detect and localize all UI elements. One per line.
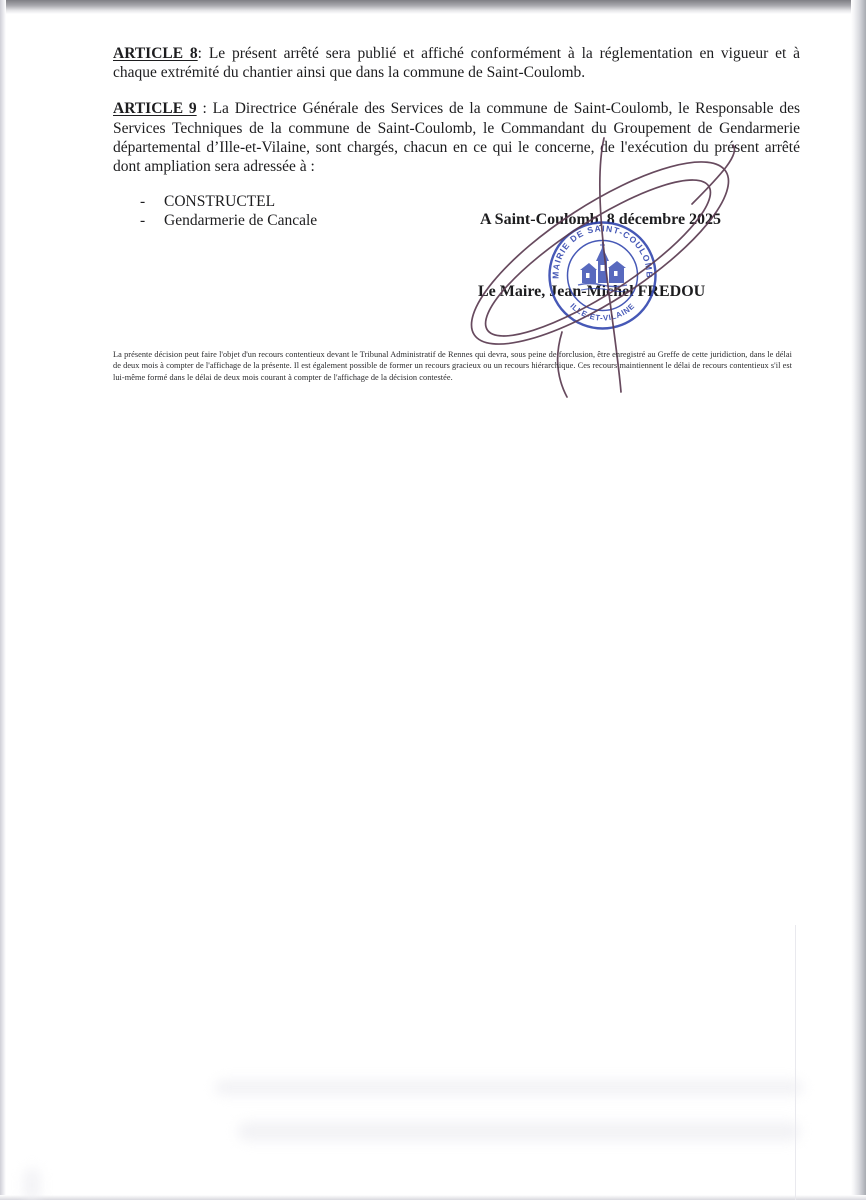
- legal-fine-print: La présente décision peut faire l'objet …: [113, 349, 792, 383]
- article-8-paragraph: ARTICLE 8: Le présent arrêté sera publié…: [113, 44, 800, 82]
- article-9-heading: ARTICLE 9: [113, 100, 197, 117]
- article-9-separator: :: [197, 100, 213, 117]
- article-8-heading: ARTICLE 8: [113, 45, 198, 62]
- scan-edge-right: [851, 0, 866, 1200]
- recipient-label: Gendarmerie de Cancale: [164, 212, 317, 231]
- signature-inner-loop: [468, 156, 729, 360]
- bleedthrough-artifact: [215, 1080, 803, 1095]
- recipient-label: CONSTRUCTEL: [164, 193, 275, 212]
- bleedthrough-artifact: [24, 1168, 40, 1200]
- article-8-separator: :: [198, 45, 209, 62]
- scan-edge-left: [0, 0, 6, 1200]
- dash-bullet: -: [140, 212, 164, 231]
- article-8-body: Le présent arrêté sera publié et affiché…: [113, 45, 800, 81]
- dash-bullet: -: [140, 193, 164, 212]
- scan-edge-top: [0, 0, 866, 14]
- bleedthrough-artifact: [238, 1122, 800, 1141]
- scan-edge-bottom: [0, 1195, 866, 1200]
- scan-crease-line: [795, 925, 796, 1200]
